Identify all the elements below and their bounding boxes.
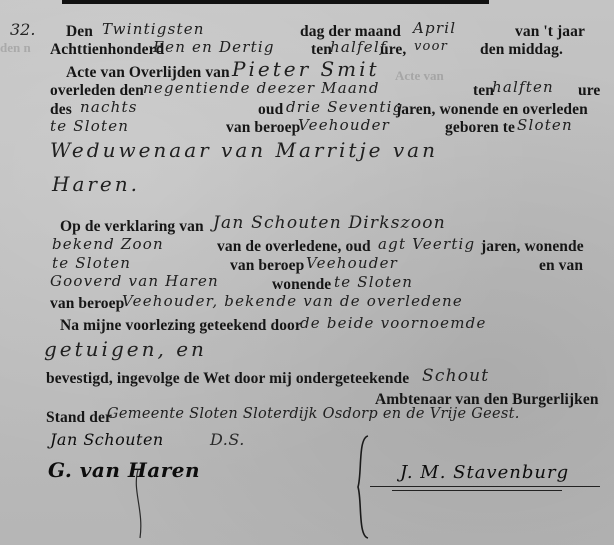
- handwritten-year: Een en Dertig: [153, 38, 275, 56]
- printed-text: Stand der: [46, 409, 112, 427]
- brace-bracket: [356, 434, 370, 540]
- bleed-through-text: Acte van: [395, 68, 444, 84]
- handwritten-witnesses: getuigen, en: [44, 337, 207, 361]
- handwritten-declarant-2: Gooverd van Haren: [50, 272, 219, 290]
- signature-witness-1: Jan Schouten: [50, 430, 164, 449]
- printed-text: oud: [258, 101, 283, 119]
- handwritten-residence: te Sloten: [50, 117, 129, 135]
- handwritten-signers: de beide voornoemde: [300, 314, 487, 332]
- signature-underline: [370, 486, 600, 487]
- line-date-day: Den: [66, 23, 93, 41]
- handwritten-marital-status: Weduwenaar van Marritje van: [50, 138, 438, 162]
- handwritten-official-title: Schout: [422, 366, 489, 386]
- printed-text: Achttienhonderd: [50, 41, 164, 59]
- bleed-through-text: den n: [0, 40, 31, 56]
- handwritten-occupation: Veehouder: [298, 116, 390, 134]
- handwritten-municipality: Gemeente Sloten Sloterdijk Osdorp en de …: [107, 406, 520, 422]
- handwritten-deceased-name: Pieter Smit: [232, 57, 380, 81]
- handwritten-death-date: negentiende deezer Maand: [143, 79, 380, 97]
- handwritten-day: Twintigsten: [102, 20, 205, 38]
- handwritten-declarant-2-occupation: Veehouder, bekende van de overledene: [122, 292, 463, 310]
- signature-underline: [392, 490, 562, 491]
- handwritten-time-of-day: nachts: [80, 98, 138, 116]
- handwritten-declarant-1: Jan Schouten Dirkszoon: [213, 213, 446, 233]
- printed-text: en van: [539, 257, 583, 275]
- printed-text: ure: [578, 82, 600, 100]
- printed-text: bevestigd, ingevolge de Wet door mij ond…: [46, 370, 409, 388]
- handwritten-declarant-1-occupation: Veehouder: [306, 254, 398, 272]
- printed-text: van beroep: [50, 295, 124, 313]
- handwritten-age: drie Seventig: [286, 98, 403, 116]
- signature-witness-1-mark: D.S.: [210, 430, 245, 449]
- printed-text: Na mijne voorlezing geteekend door: [60, 317, 302, 335]
- document-page: den n Acte van 32. Den Twintigsten dag d…: [0, 0, 614, 545]
- handwritten-hour: halfelf: [330, 38, 387, 56]
- printed-text: Op de verklaring van: [60, 218, 204, 236]
- printed-text: ure,: [380, 41, 406, 59]
- printed-text: van beroep: [226, 119, 300, 137]
- handwritten-declarant-2-residence: te Sloten: [334, 273, 413, 291]
- handwritten-declarant-1-residence: te Sloten: [52, 254, 131, 272]
- handwritten-death-hour: halften: [492, 78, 554, 96]
- printed-text: geboren te: [445, 119, 515, 137]
- printed-text: jaren, wonende: [481, 238, 584, 256]
- printed-text: van beroep: [230, 257, 304, 275]
- printed-text: den middag.: [480, 41, 563, 59]
- top-border-rule: [62, 0, 489, 4]
- record-number: 32.: [10, 20, 35, 39]
- handwritten-spouse-surname: Haren.: [52, 172, 140, 196]
- signature-official: J. M. Stavenburg: [400, 462, 569, 483]
- printed-text: ten: [473, 82, 494, 100]
- handwritten-relation: bekend Zoon: [52, 235, 164, 253]
- handwritten-birthplace: Sloten: [517, 116, 573, 134]
- printed-text: van 't jaar: [515, 23, 585, 41]
- pen-stroke-flourish: [128, 470, 148, 540]
- handwritten-before-after: voor: [414, 39, 448, 54]
- handwritten-declarant-1-age: agt Veertig: [378, 235, 475, 253]
- signature-witness-2: G. van Haren: [48, 458, 200, 482]
- printed-text: Den: [66, 23, 93, 40]
- handwritten-month: April: [413, 19, 456, 37]
